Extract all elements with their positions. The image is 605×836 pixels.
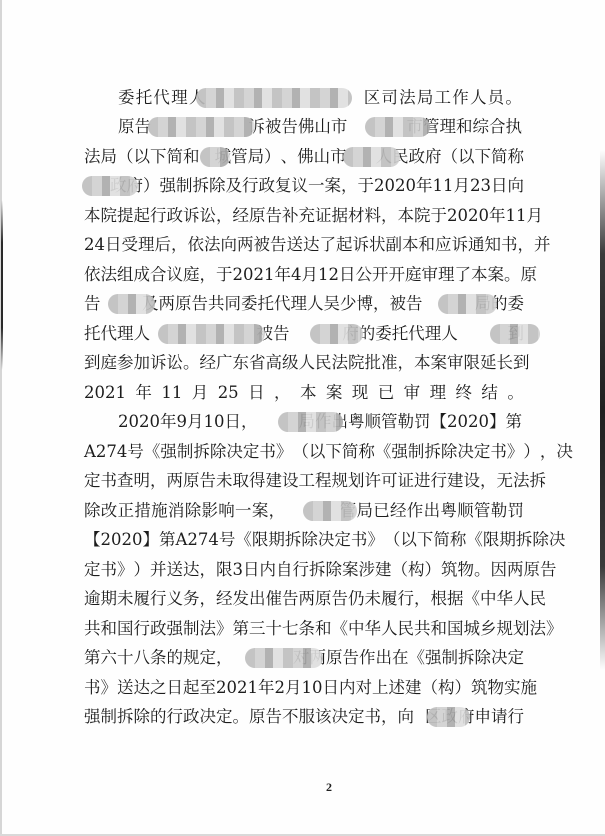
text-token: 和 xyxy=(431,617,448,641)
text-token: 建 xyxy=(375,558,392,582)
text-token: 行 xyxy=(398,587,415,611)
text-token: 进 xyxy=(414,469,431,493)
text-token: 两 xyxy=(237,233,254,257)
text-token: 限 xyxy=(252,528,269,552)
text-token: 原 xyxy=(249,705,266,729)
text-token: 日 xyxy=(491,174,508,198)
text-token: 组 xyxy=(117,263,134,287)
text-token: 拆 xyxy=(530,469,547,493)
text-token: 以 xyxy=(400,528,417,552)
text-token: ， xyxy=(341,174,358,198)
text-token: ， xyxy=(269,499,286,523)
text-token: ， xyxy=(414,587,431,611)
text-token: 《 xyxy=(144,440,161,464)
text-token: 区 xyxy=(364,86,381,110)
text-token: 限 xyxy=(464,351,481,375)
text-token: 制 xyxy=(177,440,194,464)
text-token: 拆 xyxy=(117,705,134,729)
text-token: 诉 xyxy=(452,233,469,257)
text-token: 理 xyxy=(138,233,155,257)
text-token: 十 xyxy=(266,617,283,641)
text-token: 除 xyxy=(210,440,227,464)
text-token: A274 xyxy=(176,528,219,552)
text-token: 粤 xyxy=(440,499,457,523)
text-token: 山 xyxy=(314,115,331,139)
redaction-blur xyxy=(200,147,230,167)
text-token: 称 xyxy=(450,528,467,552)
text-token: 级 xyxy=(282,351,299,375)
text-token: 审 xyxy=(404,381,421,405)
text-token: 已 xyxy=(373,499,390,523)
text-token: 措 xyxy=(134,499,151,523)
text-token: 下 xyxy=(475,145,492,169)
text-token: 条 xyxy=(150,646,167,670)
text-token: 法 xyxy=(200,617,217,641)
text-token: 延 xyxy=(480,351,497,375)
text-token: 第 xyxy=(84,646,101,670)
text-token: 实 xyxy=(504,676,521,700)
text-token: 已 xyxy=(378,381,395,405)
text-token: 顺 xyxy=(365,410,382,434)
text-token: 请 xyxy=(491,705,508,729)
text-token: 发 xyxy=(233,587,250,611)
text-line: 法局（以下简和城管局）、佛山市人民政府（以下简称 xyxy=(84,145,524,169)
text-token: 2 xyxy=(275,676,286,700)
text-token: 送 xyxy=(167,558,184,582)
text-token: 市 xyxy=(331,115,348,139)
text-token: 中 xyxy=(480,587,497,611)
text-token: 高 xyxy=(266,351,283,375)
text-token: 华 xyxy=(365,617,382,641)
text-token: 原 xyxy=(326,646,343,670)
text-token: 至 xyxy=(200,676,217,700)
text-token: 2021 xyxy=(84,381,126,405)
text-token: 送 xyxy=(117,676,134,700)
text-token: 服 xyxy=(299,705,316,729)
text-token: 《 xyxy=(466,528,483,552)
text-token: 本 xyxy=(398,204,415,228)
text-token: 案 xyxy=(325,174,342,198)
text-token: 构 xyxy=(408,558,425,582)
text-token: 代 xyxy=(101,322,118,346)
text-token: 决 xyxy=(491,646,508,670)
text-token: 除 xyxy=(301,528,318,552)
page-left-edge xyxy=(0,0,2,836)
text-token: 原 xyxy=(118,115,135,139)
text-token: 决 xyxy=(200,705,217,729)
text-token: 建 xyxy=(447,469,464,493)
text-line: 定书》）并送达，限3日内自行拆除案涉建（构）筑物。因两原告 xyxy=(84,558,524,582)
text-token: 合 xyxy=(150,263,167,287)
text-token: 材 xyxy=(348,204,365,228)
text-token: ） xyxy=(134,558,151,582)
text-token: 10 xyxy=(302,676,323,700)
scan-shadow-left xyxy=(1,200,3,370)
text-token: 施 xyxy=(151,499,168,523)
text-token: 取 xyxy=(233,469,250,493)
text-token: 成 xyxy=(134,263,151,287)
text-token: 强 xyxy=(391,440,408,464)
text-token: 原 xyxy=(249,204,266,228)
redaction-blur xyxy=(82,176,138,196)
text-token: 【 xyxy=(431,410,448,434)
text-token: 被 xyxy=(265,115,282,139)
redaction-blur xyxy=(196,88,352,108)
text-token: 作 xyxy=(407,499,424,523)
text-token: 期 xyxy=(268,528,285,552)
text-token: 案 xyxy=(431,351,448,375)
text-token: 一 xyxy=(308,174,325,198)
text-token: 和 xyxy=(456,115,473,139)
text-token: 向 xyxy=(221,233,238,257)
text-token: 决 xyxy=(549,528,566,552)
text-line: 托代理人被告府的委托代理人到 xyxy=(84,322,524,346)
text-token: 不 xyxy=(282,705,299,729)
redaction-blur xyxy=(427,707,470,727)
text-token: 广 xyxy=(216,351,233,375)
text-token: 决 xyxy=(226,440,243,464)
text-token: 证 xyxy=(315,204,332,228)
text-token: 案 xyxy=(252,499,269,523)
text-token: 仍 xyxy=(348,587,365,611)
text-token: 定 xyxy=(200,646,217,670)
text-token: 12 xyxy=(318,263,339,287)
text-token: 第 xyxy=(233,617,250,641)
text-token: 被 xyxy=(254,233,271,257)
text-line: 定书查明，两原告未取得建设工程规划许可证进行建设，无法拆 xyxy=(84,469,524,493)
text-token: 省 xyxy=(249,351,266,375)
text-token: 书 xyxy=(365,705,382,729)
text-token: 了 xyxy=(455,263,472,287)
text-token: 据 xyxy=(332,204,349,228)
text-token: 经 xyxy=(200,351,217,375)
text-token: 务 xyxy=(183,587,200,611)
text-token: 筑 xyxy=(441,558,458,582)
text-token: 义 xyxy=(167,587,184,611)
text-token: 2020 xyxy=(447,204,489,228)
text-token: 定 xyxy=(84,558,101,582)
text-token: 物 xyxy=(488,676,505,700)
text-token: 年 xyxy=(160,410,177,434)
text-token: 》 xyxy=(507,440,524,464)
text-token: 议 xyxy=(292,174,309,198)
text-token: 11 xyxy=(161,381,182,405)
text-token: 院 xyxy=(101,204,118,228)
text-token: 托 xyxy=(136,86,153,110)
text-token: ， xyxy=(200,587,217,611)
text-token: 、 xyxy=(281,145,298,169)
text-token: 2020 xyxy=(447,410,489,434)
text-token: 民 xyxy=(315,351,332,375)
text-token: 被 xyxy=(389,292,406,316)
text-token: 讼 xyxy=(200,204,217,228)
text-token: 案 xyxy=(326,381,343,405)
text-token: 告 xyxy=(282,587,299,611)
text-token: 强 xyxy=(160,174,177,198)
text-token: 华 xyxy=(497,587,514,611)
text-token: 于 xyxy=(358,174,375,198)
text-token: 中 xyxy=(348,617,365,641)
text-token: 年 xyxy=(489,204,506,228)
text-token: ） xyxy=(143,174,160,198)
text-token: 书 xyxy=(351,528,368,552)
text-token: 吴 xyxy=(323,292,340,316)
text-token: 下 xyxy=(325,440,342,464)
text-token: 罚 xyxy=(507,499,524,523)
text-token: 9 xyxy=(177,410,188,434)
text-token: 年 xyxy=(275,263,292,287)
text-token: 《 xyxy=(332,617,349,641)
text-token: 原 xyxy=(521,263,538,287)
text-token: 据 xyxy=(447,587,464,611)
text-token: 同 xyxy=(224,292,241,316)
text-token: 建 xyxy=(405,676,422,700)
text-token: 11 xyxy=(433,174,454,198)
text-token: 院 xyxy=(414,204,431,228)
text-token: 出 xyxy=(376,646,393,670)
text-token: 决 xyxy=(556,440,573,464)
text-token: 员 xyxy=(488,86,505,110)
text-token: 本 xyxy=(471,263,488,287)
text-token: 代 xyxy=(408,322,425,346)
text-token: 因 xyxy=(491,558,508,582)
text-token: 理 xyxy=(440,115,457,139)
text-token: 政 xyxy=(167,204,184,228)
text-token: 23 xyxy=(470,174,491,198)
text-token: ） xyxy=(264,145,281,169)
text-token: 审 xyxy=(447,351,464,375)
text-token: 《 xyxy=(409,646,426,670)
text-token: 第 xyxy=(506,410,523,434)
text-token: 料 xyxy=(365,204,382,228)
text-token: （ xyxy=(384,528,401,552)
text-token: 八 xyxy=(134,646,151,670)
text-token: 议 xyxy=(167,263,184,287)
text-token: 勒 xyxy=(491,499,508,523)
text-token: 审 xyxy=(422,263,439,287)
text-token: 理 xyxy=(171,86,188,110)
text-token: 限 xyxy=(216,558,233,582)
text-token: 国 xyxy=(447,617,464,641)
text-line: 政府）强制拆除及行政复议一案，于2020年11月23日向 xyxy=(84,174,524,198)
text-token: 国 xyxy=(117,617,134,641)
text-token: 》 xyxy=(546,617,563,641)
text-token: 书 xyxy=(101,469,118,493)
text-token: 人 xyxy=(470,86,487,110)
text-token: 状 xyxy=(369,233,386,257)
text-token: ， xyxy=(540,440,557,464)
text-token: 期 xyxy=(101,587,118,611)
text-token: 托 xyxy=(392,322,409,346)
text-token: 程 xyxy=(315,469,332,493)
text-token: 限 xyxy=(483,528,500,552)
text-token: 起 xyxy=(134,204,151,228)
text-token: 知 xyxy=(485,233,502,257)
text-token: 施 xyxy=(521,676,538,700)
redaction-blur xyxy=(490,324,540,344)
redaction-blur xyxy=(108,294,155,314)
text-token: 到 xyxy=(84,351,101,375)
text-token: 府 xyxy=(425,145,442,169)
text-token: 。 xyxy=(507,381,524,405)
text-token: 制 xyxy=(176,174,193,198)
text-token: 局 xyxy=(101,145,118,169)
text-token: 政 xyxy=(259,174,276,198)
text-token: 下 xyxy=(150,145,167,169)
text-token: ， xyxy=(216,646,233,670)
text-token: 司 xyxy=(381,86,398,110)
text-token: 拆 xyxy=(285,528,302,552)
text-token: 建 xyxy=(266,469,283,493)
text-token: 和 xyxy=(101,617,118,641)
text-token: 内 xyxy=(339,676,356,700)
text-token: 3 xyxy=(233,558,244,582)
text-token: 案 xyxy=(488,263,505,287)
text-token: 诉 xyxy=(353,233,370,257)
text-token: 理 xyxy=(430,381,447,405)
text-token: 申 xyxy=(475,705,492,729)
text-token: 述 xyxy=(389,676,406,700)
text-token: 行 xyxy=(150,204,167,228)
text-token: 在 xyxy=(392,646,409,670)
page-number: 2 xyxy=(326,780,332,795)
text-token: 强 xyxy=(425,646,442,670)
text-token: 对 xyxy=(356,676,373,700)
text-token: 书 xyxy=(490,440,507,464)
text-token: 委 xyxy=(118,86,135,110)
text-token: 城 xyxy=(464,617,481,641)
text-token: 法 xyxy=(530,617,547,641)
text-token: 托 xyxy=(257,292,274,316)
text-token: 勒 xyxy=(398,410,415,434)
text-token: 履 xyxy=(134,587,151,611)
text-token: 于 xyxy=(431,204,448,228)
text-token: 工 xyxy=(299,469,316,493)
text-token: 诉 xyxy=(183,204,200,228)
text-token: 月 xyxy=(187,410,204,434)
text-token: 东 xyxy=(233,351,250,375)
text-token: 共 xyxy=(208,292,225,316)
text-token: 《 xyxy=(235,528,252,552)
text-token: 根 xyxy=(431,587,448,611)
text-token: 达 xyxy=(134,676,151,700)
text-token: 规 xyxy=(183,646,200,670)
text-token: 委 xyxy=(241,292,258,316)
text-token: 除 xyxy=(84,499,101,523)
text-token: 划 xyxy=(348,469,365,493)
text-token: 依 xyxy=(84,263,101,287)
text-token: 规 xyxy=(332,469,349,493)
text-token: 于 xyxy=(216,263,233,287)
text-token: 》 xyxy=(101,676,118,700)
text-token: 决 xyxy=(332,705,349,729)
text-line: 依法组成合议庭，于2021年4月12日公开开庭审理了本案。原 xyxy=(84,263,524,287)
text-token: 综 xyxy=(473,115,490,139)
text-token: 告 xyxy=(406,292,423,316)
text-token: 政 xyxy=(150,617,167,641)
text-token: 称 xyxy=(358,440,375,464)
text-token: 告 xyxy=(540,558,557,582)
text-token: 拆 xyxy=(309,558,326,582)
text-token: 除 xyxy=(475,646,492,670)
text-token: 之 xyxy=(150,676,167,700)
text-token: 行 xyxy=(134,617,151,641)
text-token: 《 xyxy=(464,587,481,611)
text-token: 称 xyxy=(508,145,525,169)
text-token: ， xyxy=(200,263,217,287)
text-token: 。 xyxy=(474,558,491,582)
text-token: 原 xyxy=(175,292,192,316)
text-token: 顺 xyxy=(457,499,474,523)
text-token: ， xyxy=(150,469,167,493)
text-token: 未 xyxy=(365,587,382,611)
text-token: 月 xyxy=(192,381,209,405)
text-token: 庭 xyxy=(101,351,118,375)
text-token: 书 xyxy=(101,558,118,582)
text-token: 强 xyxy=(84,705,101,729)
text-token: 提 xyxy=(117,204,134,228)
redaction-blur xyxy=(310,324,363,344)
text-token: 划 xyxy=(513,617,530,641)
text-token: 充 xyxy=(299,204,316,228)
text-token: 两 xyxy=(167,469,184,493)
text-token: 民 xyxy=(398,617,415,641)
text-token: 制 xyxy=(101,705,118,729)
text-token: 月 xyxy=(302,263,319,287)
text-token: 公 xyxy=(356,263,373,287)
text-token: 筑 xyxy=(471,676,488,700)
text-token: 告 xyxy=(84,292,101,316)
text-token: 人 xyxy=(441,322,458,346)
text-token: 作 xyxy=(359,646,376,670)
text-token: 行 xyxy=(150,587,167,611)
text-token: 局 xyxy=(248,145,265,169)
text-token: 书 xyxy=(501,233,518,257)
text-token: 佛 xyxy=(298,115,315,139)
text-token: （ xyxy=(422,676,439,700)
text-token: 无 xyxy=(497,469,514,493)
text-token: 法 xyxy=(399,86,416,110)
text-token: 日 xyxy=(243,558,260,582)
text-token: 书 xyxy=(84,676,101,700)
redaction-blur xyxy=(158,324,265,344)
redaction-blur xyxy=(365,117,430,137)
text-token: 定 xyxy=(334,528,351,552)
text-token: 除 xyxy=(532,528,549,552)
text-token: （ xyxy=(392,558,409,582)
text-token: 改 xyxy=(101,499,118,523)
text-token: 未 xyxy=(117,587,134,611)
text-token: 号 xyxy=(219,528,236,552)
text-token: 告 xyxy=(200,469,217,493)
text-token: 拆 xyxy=(193,440,210,464)
text-token: ， xyxy=(216,204,233,228)
text-token: 乡 xyxy=(480,617,497,641)
text-token: 2020 xyxy=(101,528,143,552)
redaction-blur xyxy=(303,501,357,521)
text-token: 证 xyxy=(398,469,415,493)
text-token: 日 xyxy=(339,263,356,287)
text-token: ， xyxy=(381,705,398,729)
text-token: 年 xyxy=(258,676,275,700)
text-token: 人 xyxy=(513,587,530,611)
text-token: 以 xyxy=(458,145,475,169)
text-token: 诉 xyxy=(150,351,167,375)
text-token: 终 xyxy=(455,381,472,405)
text-token: 得 xyxy=(249,469,266,493)
text-token: 结 xyxy=(481,381,498,405)
text-token: 代 xyxy=(274,292,291,316)
